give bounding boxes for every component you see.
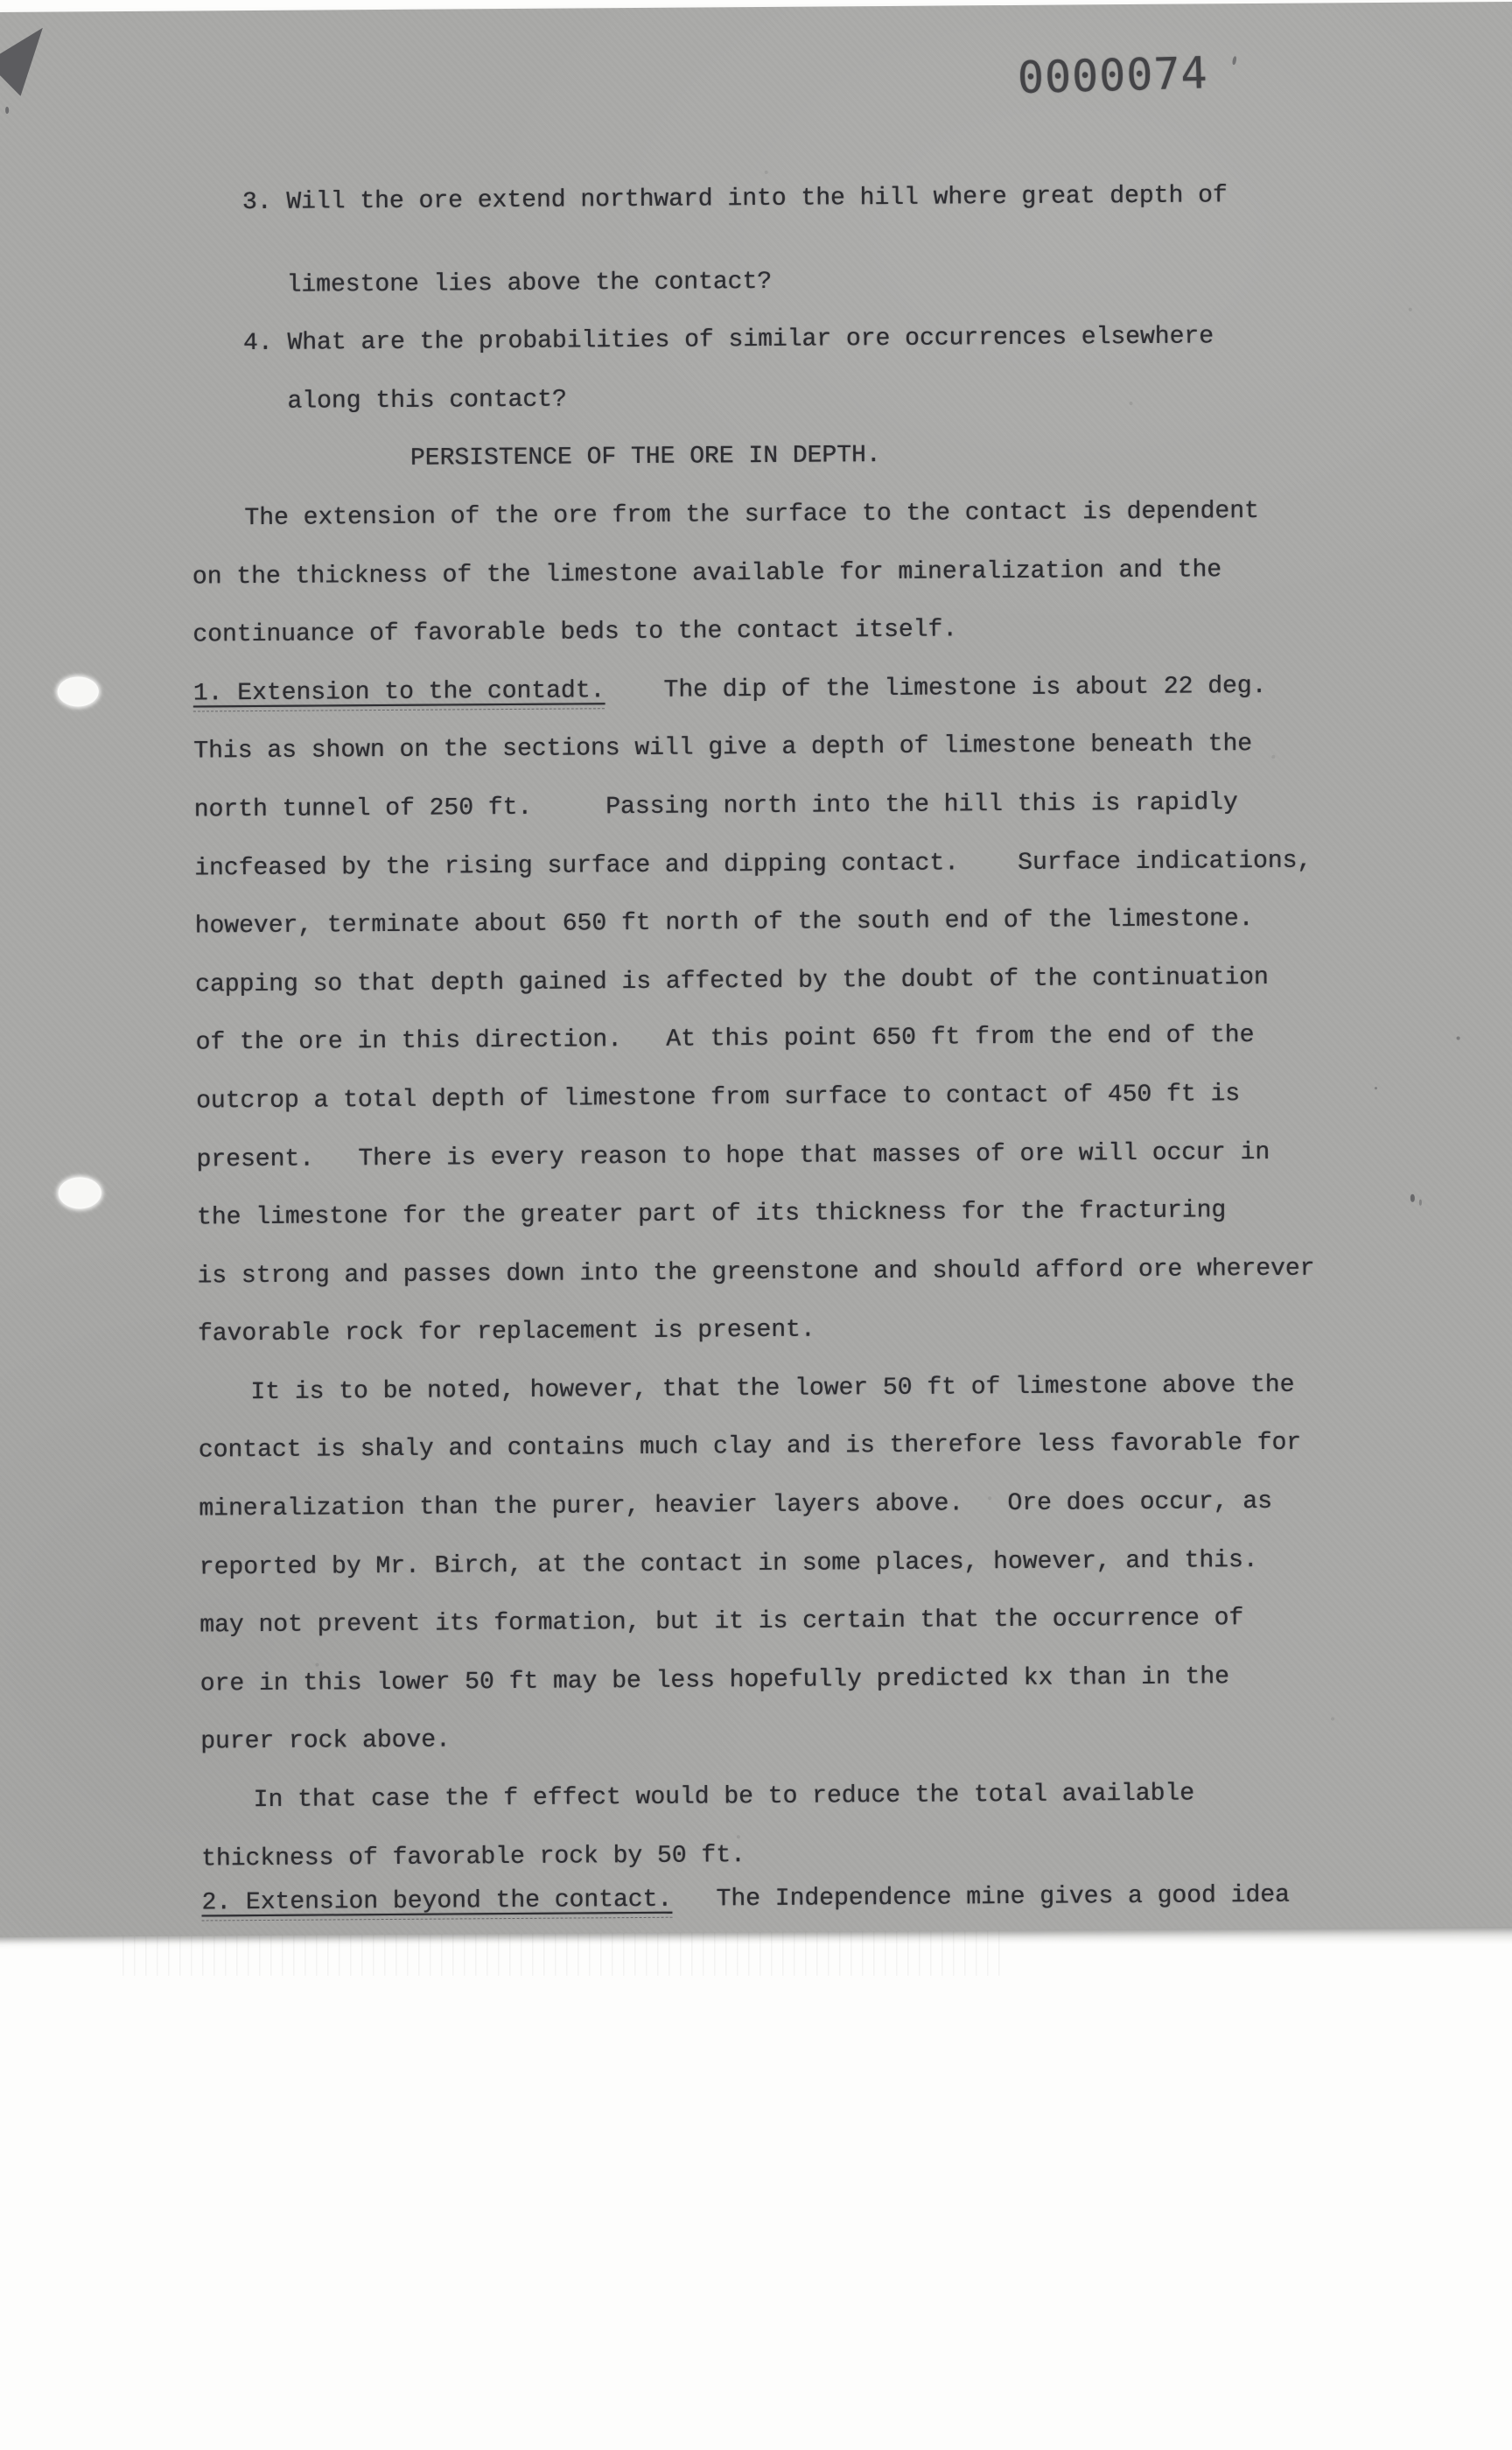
line-text: This as shown on the sections will give … bbox=[193, 731, 1252, 765]
text-line: 2. Extension beyond the contact. The Ind… bbox=[201, 1866, 1356, 1933]
line-text: capping so that depth gained is affected… bbox=[195, 964, 1269, 999]
text-line: It is to be noted, however, that the low… bbox=[250, 1356, 1353, 1422]
text-line: limestone lies above the contact? bbox=[286, 249, 1345, 315]
ink-speck bbox=[1457, 1036, 1460, 1039]
text-line: continuance of favorable beds to the con… bbox=[192, 598, 1347, 665]
text-line: mineralization than the purer, heavier l… bbox=[199, 1473, 1354, 1539]
stamp-number: 0000074 bbox=[1017, 47, 1208, 103]
line-text: The extension of the ore from the surfac… bbox=[244, 498, 1259, 532]
line-text: The Independence mine gives a good idea bbox=[672, 1882, 1290, 1914]
text-line: purer rock above. bbox=[200, 1706, 1355, 1773]
text-line: PERSISTENCE OF THE ORE IN DEPTH. bbox=[410, 424, 1347, 489]
text-line: In that case the f effect would be to re… bbox=[253, 1764, 1355, 1830]
line-text: of the ore in this direction. At this po… bbox=[195, 1022, 1254, 1056]
line-text: outcrop a total depth of limestone from … bbox=[196, 1081, 1240, 1115]
text-line: 3. Will the ore extend northward into th… bbox=[242, 166, 1345, 232]
hole-punch-bottom bbox=[59, 1177, 101, 1208]
line-text: the limestone for the greater part of it… bbox=[197, 1197, 1226, 1231]
line-text: may not prevent its formation, but it is… bbox=[199, 1605, 1243, 1639]
line-text: on the thickness of the limestone availa… bbox=[192, 556, 1221, 591]
line-text: purer rock above. bbox=[200, 1727, 451, 1756]
line-text: present. There is every reason to hope t… bbox=[196, 1138, 1270, 1173]
line-text: 4. What are the probabilities of similar… bbox=[243, 324, 1214, 358]
ink-speck bbox=[5, 107, 9, 114]
ink-speck bbox=[1232, 56, 1237, 66]
text-line: north tunnel of 250 ft. Passing north in… bbox=[193, 773, 1348, 840]
line-text: limestone lies above the contact? bbox=[286, 268, 772, 298]
scan-streak-artifacts bbox=[122, 1930, 1006, 1976]
text-line: may not prevent its formation, but it is… bbox=[199, 1590, 1354, 1656]
text-line: of the ore in this direction. At this po… bbox=[195, 1007, 1350, 1074]
text-line: contact is shaly and contains much clay … bbox=[199, 1415, 1354, 1481]
text-line: 1. Extension to the contadt. The dip of … bbox=[193, 657, 1348, 724]
line-text: continuance of favorable beds to the con… bbox=[192, 617, 957, 649]
line-text: along this contact? bbox=[287, 386, 566, 415]
text-line: however, terminate about 650 ft north of… bbox=[194, 890, 1349, 956]
hole-punch-top bbox=[58, 676, 99, 706]
text-line: along this contact? bbox=[287, 366, 1346, 431]
corner-triangle-mark bbox=[0, 24, 48, 96]
text-line: favorable rock for replacement is presen… bbox=[198, 1298, 1353, 1365]
document-text: 3. Will the ore extend northward into th… bbox=[190, 166, 1357, 1933]
line-text: reported by Mr. Birch, at the contact in… bbox=[199, 1547, 1258, 1581]
line-text: favorable rock for replacement is presen… bbox=[198, 1317, 815, 1348]
text-line: on the thickness of the limestone availa… bbox=[192, 541, 1347, 607]
line-text: contact is shaly and contains much clay … bbox=[199, 1430, 1301, 1465]
line-text: thickness of favorable rock by 50 ft. bbox=[201, 1842, 745, 1872]
line-text: 3. Will the ore extend northward into th… bbox=[242, 182, 1228, 216]
text-line: The extension of the ore from the surfac… bbox=[244, 482, 1347, 548]
ink-speck bbox=[1375, 1087, 1377, 1089]
text-line: is strong and passes down into the green… bbox=[197, 1240, 1352, 1306]
underlined-section-heading: 1. Extension to the contadt. bbox=[193, 677, 605, 711]
line-text: PERSISTENCE OF THE ORE IN DEPTH. bbox=[410, 442, 881, 472]
line-text: is strong and passes down into the green… bbox=[197, 1255, 1314, 1290]
text-line: incfeased by the rising surface and dipp… bbox=[194, 832, 1349, 899]
line-text: incfeased by the rising surface and dipp… bbox=[194, 847, 1312, 882]
text-line: outcrop a total depth of limestone from … bbox=[196, 1065, 1351, 1131]
text-line: ore in this lower 50 ft may be less hope… bbox=[199, 1648, 1354, 1714]
text-line: This as shown on the sections will give … bbox=[193, 716, 1348, 782]
text-line: capping so that depth gained is affected… bbox=[195, 948, 1350, 1015]
line-text: The dip of the limestone is about 22 deg… bbox=[605, 673, 1266, 704]
scanned-document-page: 0000074 3. Will the ore extend northward… bbox=[0, 0, 1512, 2450]
line-text: It is to be noted, however, that the low… bbox=[250, 1372, 1294, 1406]
ink-speck bbox=[1410, 1194, 1415, 1202]
text-line: present. There is every reason to hope t… bbox=[196, 1123, 1351, 1190]
line-text: ore in this lower 50 ft may be less hope… bbox=[200, 1663, 1229, 1697]
line-text: however, terminate about 650 ft north of… bbox=[195, 906, 1254, 940]
line-text: north tunnel of 250 ft. Passing north in… bbox=[194, 789, 1238, 823]
text-line: the limestone for the greater part of it… bbox=[197, 1181, 1352, 1248]
underlined-section-heading: 2. Extension beyond the contact. bbox=[201, 1886, 672, 1921]
line-text: mineralization than the purer, heavier l… bbox=[199, 1488, 1272, 1523]
line-text: In that case the f effect would be to re… bbox=[254, 1781, 1195, 1815]
text-line: reported by Mr. Birch, at the contact in… bbox=[199, 1531, 1354, 1598]
paper-sheet: 0000074 3. Will the ore extend northward… bbox=[0, 2, 1512, 1937]
text-line: 4. What are the probabilities of similar… bbox=[243, 308, 1346, 374]
